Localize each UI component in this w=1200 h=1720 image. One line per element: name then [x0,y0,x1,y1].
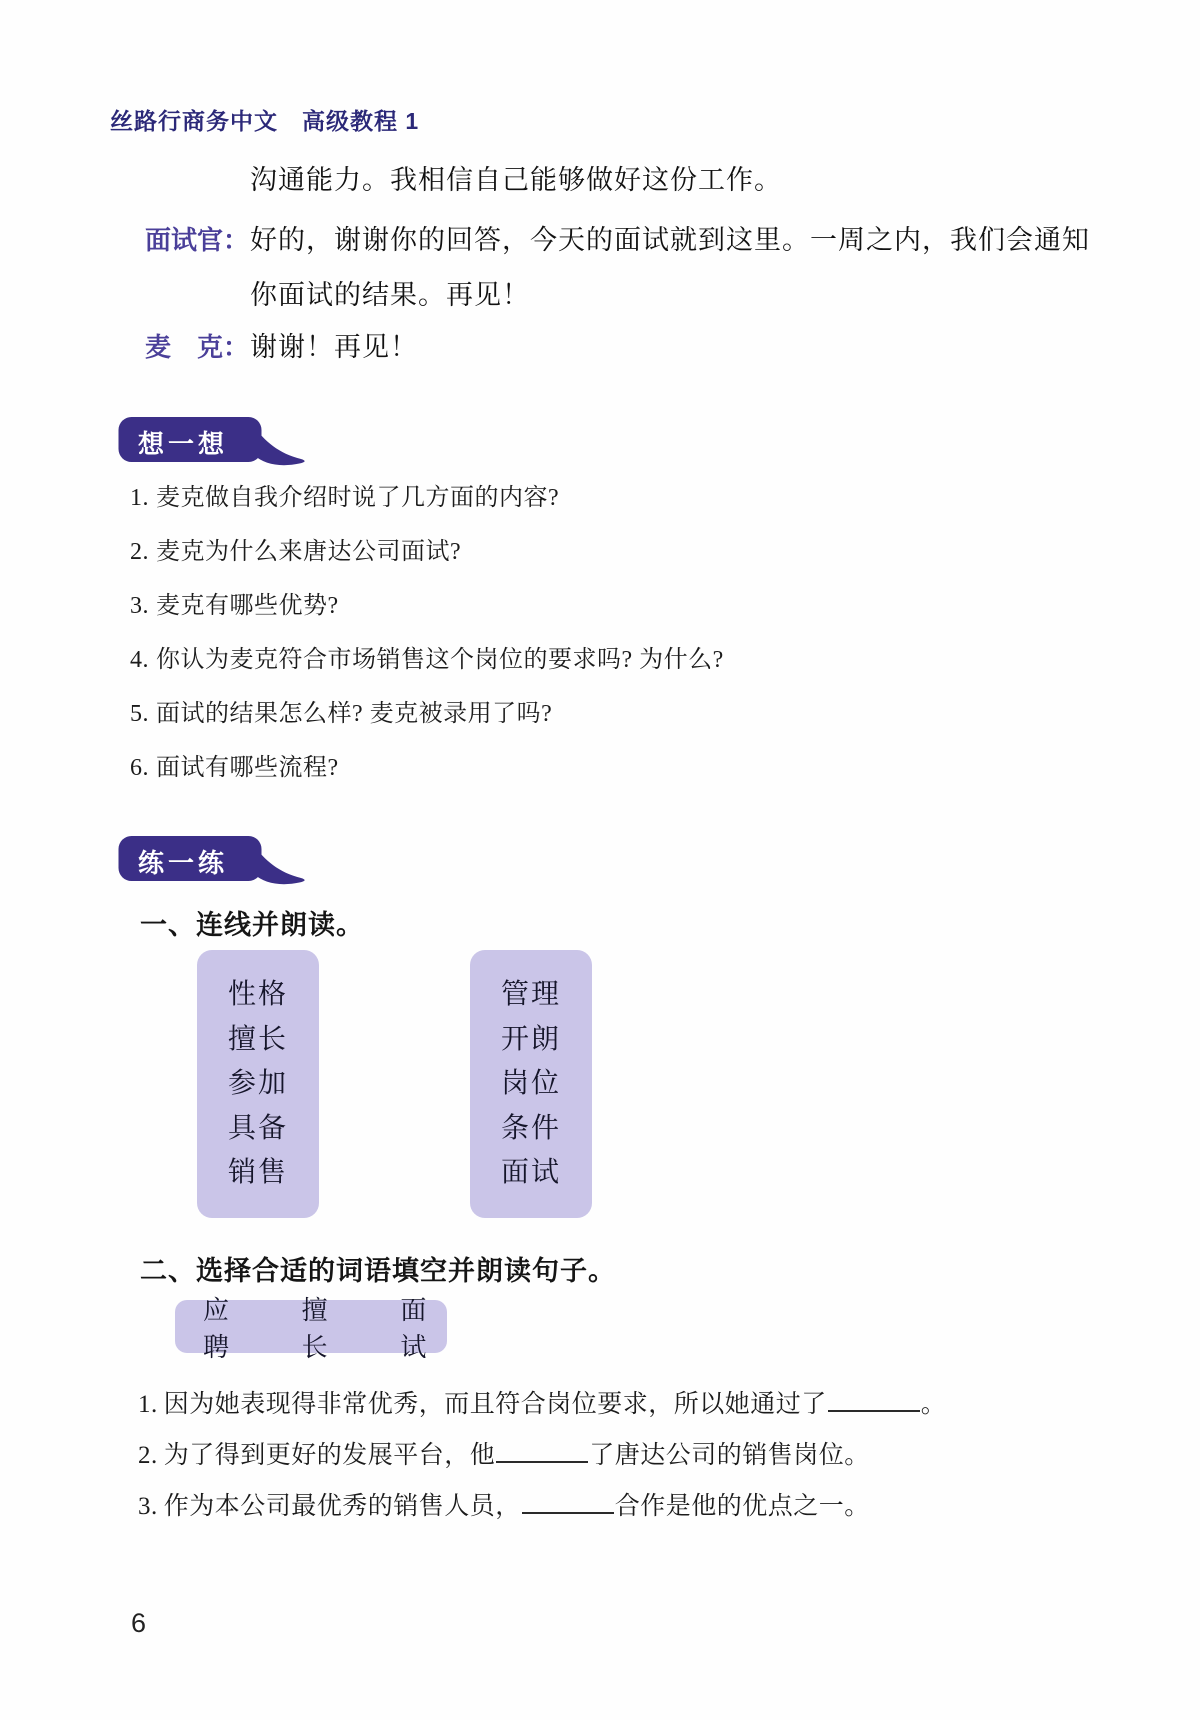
question-item: 5.面试的结果怎么样? 麦克被录用了吗? [130,693,552,728]
question-number: 2. [130,539,149,566]
sentence-number: 1. [138,1391,158,1419]
bank-word: 面试 [400,1290,447,1364]
question-text: 麦克有哪些优势? [156,593,339,619]
sentence-post: 合作是他的优点之一。 [615,1493,870,1520]
fill-sentence: 2.为了得到更好的发展平台，他了唐达公司的销售岗位。 [138,1435,870,1471]
match-word: 擅长 [228,1017,288,1057]
question-text: 面试有哪些流程? [156,755,339,781]
sentence-pre: 因为她表现得非常优秀，而且符合岗位要求，所以她通过了 [164,1391,827,1418]
book-header: 丝路行商务中文 高级教程 1 [110,103,419,136]
think-section-badge: 想一想 [118,416,318,468]
question-item: 2.麦克为什么来唐达公司面试? [130,531,461,566]
dialogue-line: 谢谢！再见！ [250,325,418,364]
sentence-blank [496,1438,588,1463]
sentence-pre: 为了得到更好的发展平台，他 [164,1442,496,1469]
bank-word: 应聘 [203,1290,250,1364]
question-text: 麦克为什么来唐达公司面试? [156,539,461,565]
badge-label: 想一想 [138,424,228,461]
question-item: 1.麦克做自我介绍时说了几方面的内容? [130,477,559,512]
question-item: 6.面试有哪些流程? [130,747,339,782]
match-word: 开朗 [501,1017,561,1057]
question-item: 4.你认为麦克符合市场销售这个岗位的要求吗? 为什么? [130,639,724,674]
match-word: 面试 [501,1150,561,1190]
match-word: 具备 [228,1106,288,1146]
sentence-post: 。 [921,1391,947,1418]
dialogue-line: 你面试的结果。再见！ [250,273,530,312]
question-text: 你认为麦克符合市场销售这个岗位的要求吗? 为什么? [156,647,724,673]
bank-word: 擅长 [302,1290,349,1364]
match-word: 性格 [228,972,288,1012]
sentence-pre: 作为本公司最优秀的销售人员， [164,1493,521,1520]
speaker-label-interviewer: 面试官： [145,220,249,257]
practice-section-badge: 练一练 [118,835,318,887]
question-number: 1. [130,485,149,512]
match-word: 销售 [228,1150,288,1190]
sentence-blank [828,1387,920,1412]
question-item: 3.麦克有哪些优势? [130,585,339,620]
speaker-label-mike: 麦 克： [145,327,249,364]
question-text: 面试的结果怎么样? 麦克被录用了吗? [156,701,552,727]
page-number: 6 [131,1608,146,1639]
match-word: 条件 [501,1106,561,1146]
sentence-number: 2. [138,1442,158,1470]
exercise-two-title: 二、选择合适的词语填空并朗读句子。 [140,1249,616,1288]
match-word: 参加 [228,1061,288,1101]
match-right-box: 管理 开朗 岗位 条件 面试 [470,950,592,1218]
fill-sentence: 1.因为她表现得非常优秀，而且符合岗位要求，所以她通过了。 [138,1384,946,1420]
word-bank: 应聘 擅长 面试 [175,1300,447,1353]
question-number: 5. [130,701,149,728]
sentence-blank [522,1489,614,1514]
dialogue-line: 好的，谢谢你的回答，今天的面试就到这里。一周之内，我们会通知 [250,218,1090,257]
question-number: 4. [130,647,149,674]
question-text: 麦克做自我介绍时说了几方面的内容? [156,485,559,511]
question-number: 3. [130,593,149,620]
match-word: 管理 [501,972,561,1012]
exercise-one-title: 一、连线并朗读。 [140,903,364,942]
dialogue-continuation-line: 沟通能力。我相信自己能够做好这份工作。 [250,158,782,197]
textbook-page: 丝路行商务中文 高级教程 1 沟通能力。我相信自己能够做好这份工作。 面试官： … [0,0,1200,1720]
sentence-post: 了唐达公司的销售岗位。 [589,1442,870,1469]
match-left-box: 性格 擅长 参加 具备 销售 [197,950,319,1218]
badge-label: 练一练 [138,843,228,880]
fill-sentence: 3.作为本公司最优秀的销售人员，合作是他的优点之一。 [138,1486,870,1522]
match-word: 岗位 [501,1061,561,1101]
sentence-number: 3. [138,1493,158,1521]
question-number: 6. [130,755,149,782]
